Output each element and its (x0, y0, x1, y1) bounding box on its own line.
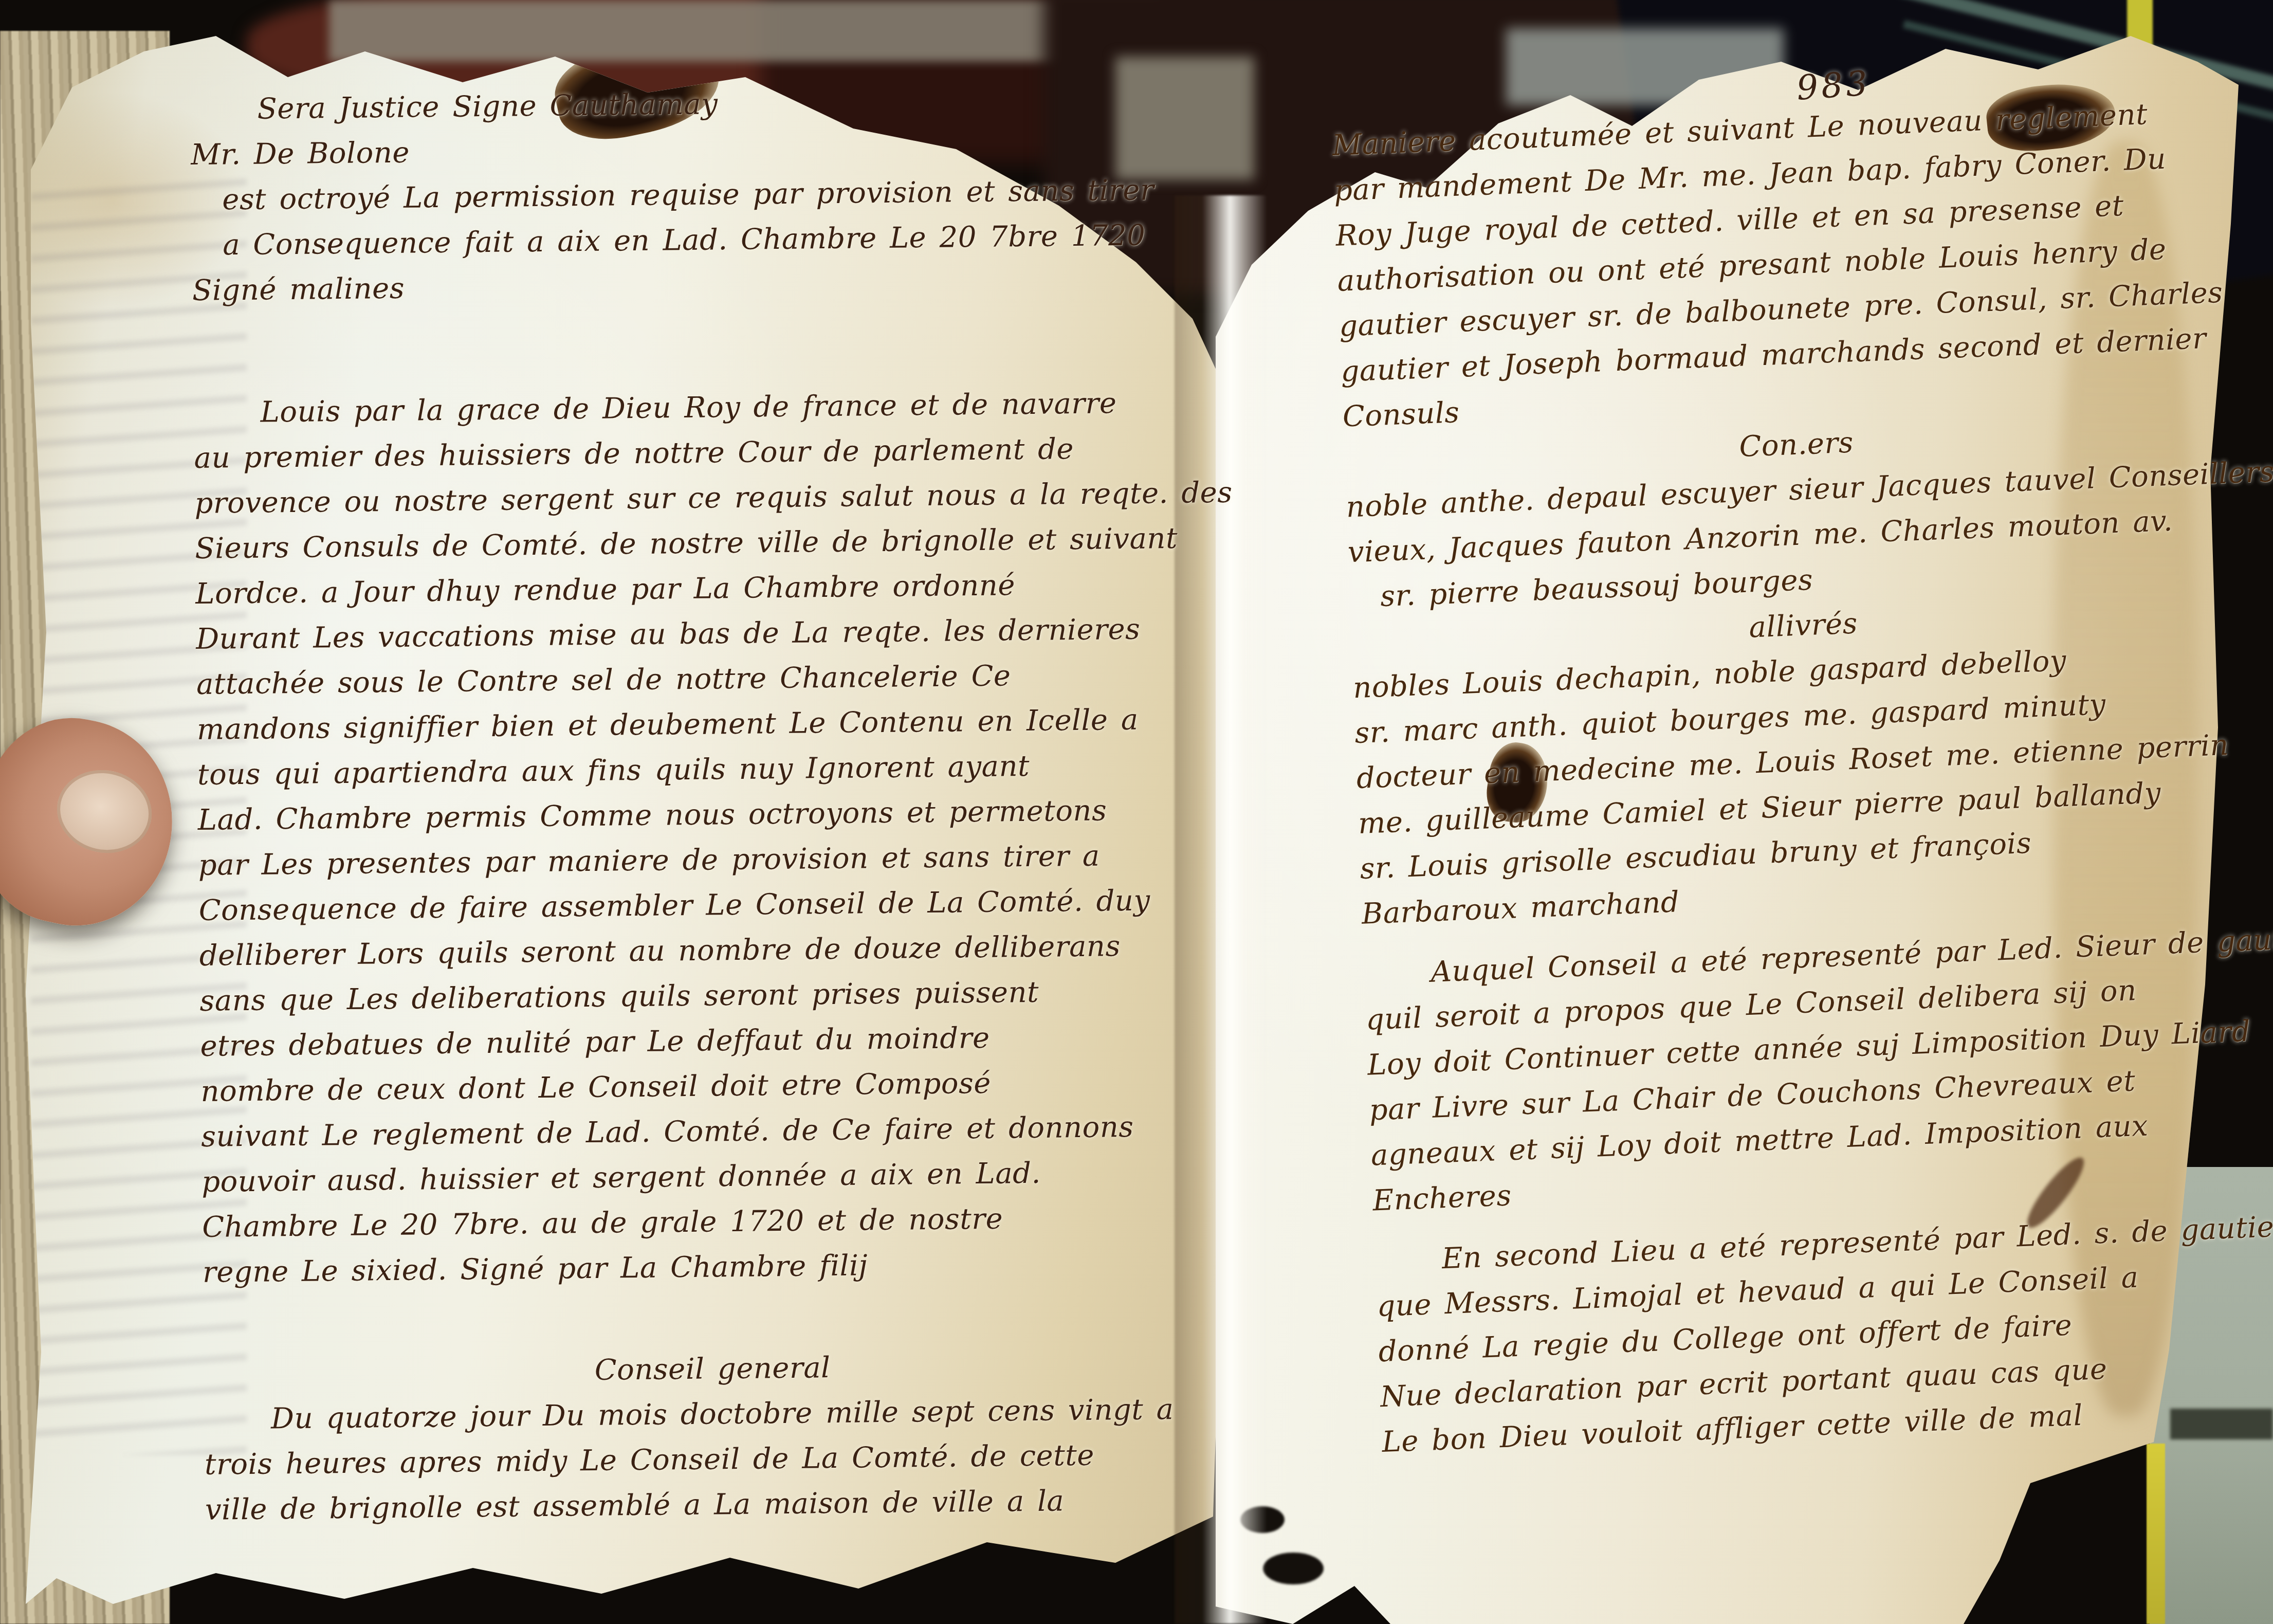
left-page-text: Sera Justice Signe CauthamayMr. De Bolon… (190, 77, 1223, 1533)
background-gray-shelf (329, 0, 1162, 62)
page-tear-hole (1263, 1553, 1324, 1584)
page-number: 983 (1795, 63, 1872, 108)
right-page-text: Maniere acoutumée et suivant Le nouveau … (1331, 88, 2273, 1465)
photo-of-open-manuscript-book: 983 Sera Justice Signe CauthamayMr. De B… (0, 0, 2273, 1624)
yellow-frame-strip-bottom (2147, 1444, 2165, 1624)
